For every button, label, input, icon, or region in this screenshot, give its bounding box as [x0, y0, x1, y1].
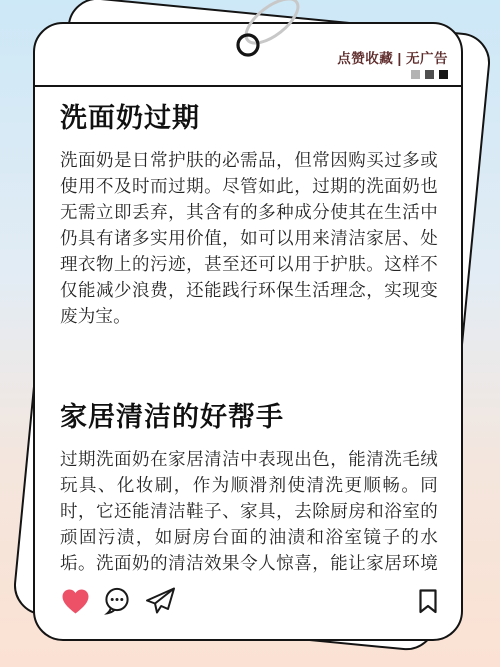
comment-button[interactable]	[103, 587, 131, 615]
paper-plane-icon	[144, 587, 176, 615]
like-button[interactable]	[61, 588, 90, 615]
card-footer	[35, 579, 461, 639]
bookmark-icon	[418, 589, 438, 614]
heart-icon	[61, 588, 90, 615]
section-paragraph: 洗面奶是日常护肤的必需品，但常因购买过多或使用不及时而过期。尽管如此，过期的洗面…	[60, 147, 438, 329]
bookmark-button[interactable]	[418, 589, 438, 614]
share-button[interactable]	[144, 587, 176, 615]
decor-square-dark	[439, 70, 448, 79]
section-title: 家居清洁的好帮手	[60, 401, 438, 435]
header-decor-squares	[411, 70, 448, 79]
section-expired-cleanser: 洗面奶过期 洗面奶是日常护肤的必需品，但常因购买过多或使用不及时而过期。尽管如此…	[60, 102, 438, 329]
card-body: 洗面奶过期 洗面奶是日常护肤的必需品，但常因购买过多或使用不及时而过期。尽管如此…	[35, 87, 461, 579]
section-paragraph: 过期洗面奶在家居清洁中表现出色，能清洗毛绒玩具、化妆刷，作为顺滑剂使清洗更顺畅。…	[60, 446, 438, 580]
note-card: 点赞收藏 | 无广告 洗面奶过期 洗面奶是日常护肤的必需品，但常因购买过多或使用…	[33, 22, 463, 641]
decor-square-light	[411, 70, 420, 79]
comment-bubble-icon	[103, 587, 131, 615]
section-home-cleaning: 家居清洁的好帮手 过期洗面奶在家居清洁中表现出色，能清洗毛绒玩具、化妆刷，作为顺…	[60, 401, 438, 579]
section-title: 洗面奶过期	[60, 102, 438, 136]
header-badge: 点赞收藏 | 无广告	[337, 52, 448, 66]
decor-square-medium	[425, 70, 434, 79]
card-header: 点赞收藏 | 无广告	[35, 24, 461, 87]
